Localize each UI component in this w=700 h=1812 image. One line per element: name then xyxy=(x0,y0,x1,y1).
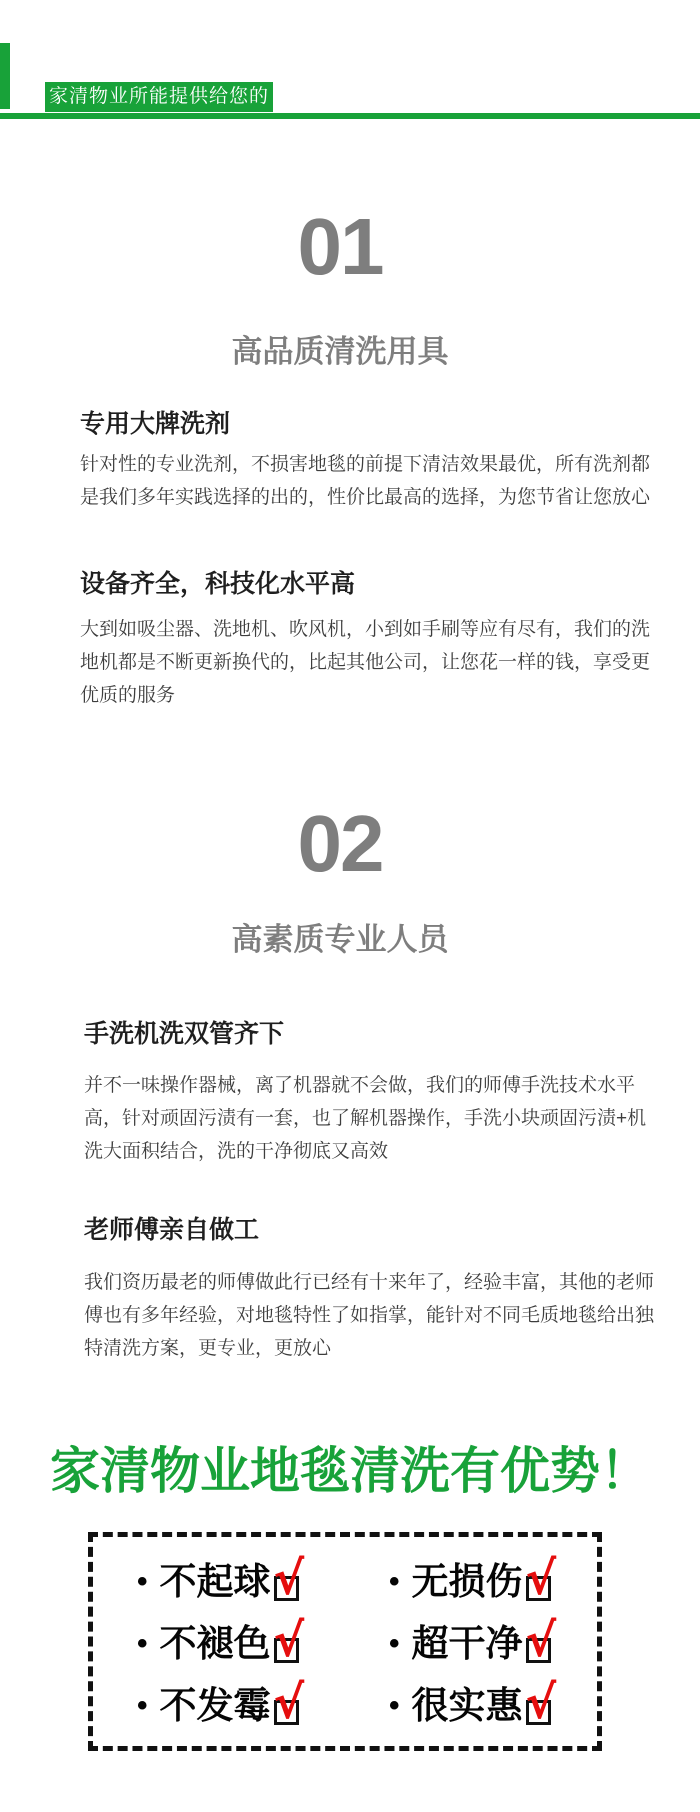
divider-line xyxy=(0,113,700,119)
advantage-label: 无损伤 xyxy=(412,1563,523,1600)
feature-heading: 老师傅亲自做工 xyxy=(84,1215,644,1246)
checkbox-icon: √ xyxy=(526,1638,551,1663)
feature-paragraph: 并不一味操作器械，离了机器就不会做，我们的师傅手洗技术水平高，针对顽固污渍有一套… xyxy=(84,1069,656,1168)
section-title-02: 高素质专业人员 xyxy=(0,922,680,958)
checkmark-icon: √ xyxy=(526,1555,557,1601)
bullet-icon: • xyxy=(389,1691,400,1721)
advantage-label: 不起球 xyxy=(160,1563,271,1600)
checkmark-icon: √ xyxy=(274,1555,305,1601)
feature-paragraph: 针对性的专业洗剂，不损害地毯的前提下清洁效果最优，所有洗剂都是我们多年实践选择的… xyxy=(80,448,652,514)
advantage-item: • 无损伤 √ xyxy=(345,1555,597,1609)
bullet-icon: • xyxy=(137,1691,148,1721)
bullet-icon: • xyxy=(389,1629,400,1659)
checkbox-icon: √ xyxy=(274,1700,299,1725)
advantage-label: 很实惠 xyxy=(412,1687,523,1724)
bullet-icon: • xyxy=(137,1629,148,1659)
feature-heading: 设备齐全，科技化水平高 xyxy=(80,569,640,600)
feature-paragraph: 我们资历最老的师傅做此行已经有十来年了，经验丰富，其他的老师傅也有多年经验，对地… xyxy=(84,1266,656,1365)
advantages-title: 家清物业地毯清洗有优势！ xyxy=(0,1440,700,1503)
checkbox-icon: √ xyxy=(526,1700,551,1725)
section-number-01: 01 xyxy=(0,207,680,287)
checkmark-icon: √ xyxy=(274,1679,305,1725)
checkbox-icon: √ xyxy=(274,1638,299,1663)
advantage-label: 不发霉 xyxy=(160,1687,271,1724)
advantage-label: 不褪色 xyxy=(160,1625,271,1662)
advantage-item: • 不褪色 √ xyxy=(93,1617,345,1671)
advantage-item: • 不发霉 √ xyxy=(93,1679,345,1733)
section-title-01: 高品质清洗用具 xyxy=(0,334,680,370)
feature-paragraph: 大到如吸尘器、洗地机、吹风机，小到如手刷等应有尽有，我们的洗地机都是不断更新换代… xyxy=(80,613,652,712)
bullet-icon: • xyxy=(137,1567,148,1597)
advantage-label: 超干净 xyxy=(412,1625,523,1662)
feature-heading: 专用大牌洗剂 xyxy=(80,409,640,440)
advantage-item: • 超干净 √ xyxy=(345,1617,597,1671)
advantages-box: • 不起球 √ • 无损伤 √ • 不褪色 √ • 超干净 √ • 不发霉 √ … xyxy=(88,1532,602,1751)
checkmark-icon: √ xyxy=(526,1679,557,1725)
checkmark-icon: √ xyxy=(526,1617,557,1663)
bullet-icon: • xyxy=(389,1567,400,1597)
advantage-item: • 很实惠 √ xyxy=(345,1679,597,1733)
checkmark-icon: √ xyxy=(274,1617,305,1663)
checkbox-icon: √ xyxy=(526,1576,551,1601)
section-tag: 家清物业所能提供给您的 xyxy=(45,82,273,112)
feature-heading: 手洗机洗双管齐下 xyxy=(84,1019,644,1050)
advantage-item: • 不起球 √ xyxy=(93,1555,345,1609)
section-number-02: 02 xyxy=(0,804,680,884)
checkbox-icon: √ xyxy=(274,1576,299,1601)
edge-accent-bar xyxy=(0,43,10,109)
